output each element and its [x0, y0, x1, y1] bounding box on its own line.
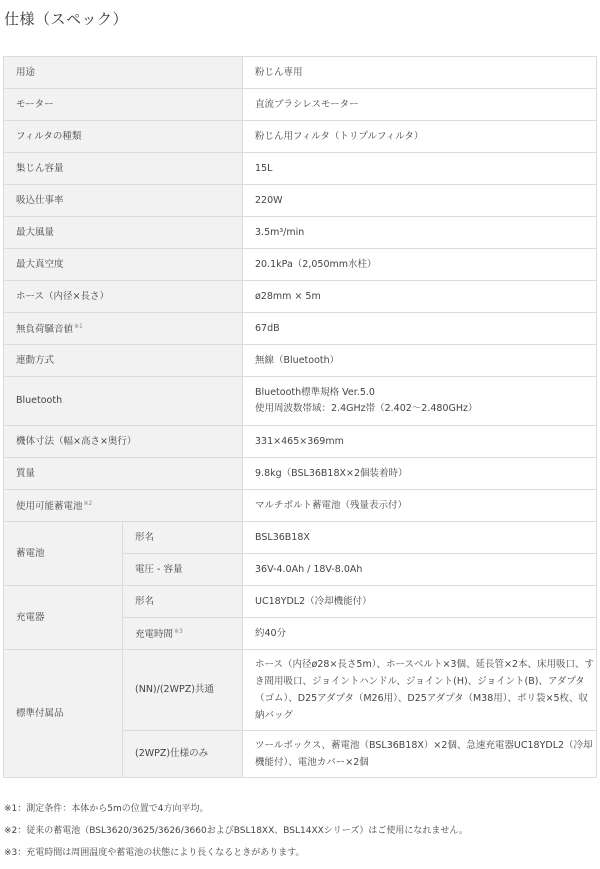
- row-label: モーター: [4, 89, 243, 121]
- label-text: 質量: [16, 468, 35, 479]
- row-label: Bluetooth: [4, 377, 243, 426]
- sub-label: (NN)/(2WPZ)共通: [123, 650, 243, 731]
- table-row: 集じん容量 15L: [4, 153, 597, 185]
- row-value: ホース（内径ø28×長さ5m）、ホースベルト×3個、延長管×2本、床用吸口、すき…: [243, 650, 597, 731]
- table-row: 使用可能蓄電池※2 マルチボルト蓄電池（残量表示付）: [4, 490, 597, 522]
- footnote-ref: ※2: [84, 500, 93, 507]
- value-line: Bluetooth標準規格 Ver.5.0: [255, 385, 596, 401]
- label-text: Bluetooth: [16, 395, 62, 406]
- table-row: 用途 粉じん専用: [4, 57, 597, 89]
- row-value: 直流ブラシレスモーター: [243, 89, 597, 121]
- label-text: 使用可能蓄電池: [16, 501, 83, 512]
- row-value: 331×465×369mm: [243, 426, 597, 458]
- page-title: 仕様（スペック）: [4, 8, 128, 29]
- table-row: 質量 9.8kg（BSL36B18X×2個装着時）: [4, 458, 597, 490]
- sub-label: 形名: [123, 522, 243, 554]
- table-row: 機体寸法（幅×高さ×奥行） 331×465×369mm: [4, 426, 597, 458]
- sub-label: 形名: [123, 586, 243, 618]
- table-row: 最大真空度 20.1kPa（2,050mm水柱）: [4, 249, 597, 281]
- footnote-3: ※3：充電時間は周囲温度や蓄電池の状態により長くなるときがあります。: [4, 842, 596, 864]
- sub-label: 充電時間※3: [123, 618, 243, 650]
- row-value: 3.5m³/min: [243, 217, 597, 249]
- group-label-charger: 充電器: [4, 586, 123, 650]
- table-row: モーター 直流ブラシレスモーター: [4, 89, 597, 121]
- footnote-1: ※1：測定条件：本体から5mの位置で4方向平均。: [4, 798, 596, 820]
- label-text: 最大真空度: [16, 259, 64, 270]
- label-text: モーター: [16, 99, 54, 110]
- row-value: 20.1kPa（2,050mm水柱）: [243, 249, 597, 281]
- row-value: 220W: [243, 185, 597, 217]
- label-text: 連動方式: [16, 355, 54, 366]
- label-text: 集じん容量: [16, 163, 64, 174]
- row-value: ø28mm × 5m: [243, 281, 597, 313]
- table-row: 蓄電池 形名 BSL36B18X: [4, 522, 597, 554]
- row-value: 67dB: [243, 313, 597, 345]
- label-text: ホース（内径×長さ）: [16, 291, 109, 302]
- table-row: ホース（内径×長さ） ø28mm × 5m: [4, 281, 597, 313]
- row-value: 粉じん専用: [243, 57, 597, 89]
- sub-label: 電圧 - 容量: [123, 554, 243, 586]
- row-value: BSL36B18X: [243, 522, 597, 554]
- row-value: ツールボックス、蓄電池（BSL36B18X）×2個、急速充電器UC18YDL2（…: [243, 731, 597, 778]
- row-label: 無負荷騒音値※1: [4, 313, 243, 345]
- row-value: 無線（Bluetooth）: [243, 345, 597, 377]
- value-line: 使用周波数帯域：2.4GHz帯（2.402～2.480GHz）: [255, 401, 596, 417]
- row-value: Bluetooth標準規格 Ver.5.0 使用周波数帯域：2.4GHz帯（2.…: [243, 377, 597, 426]
- label-text: 用途: [16, 67, 35, 78]
- footnote-ref: ※1: [74, 323, 83, 330]
- row-value: 粉じん用フィルタ（トリプルフィルタ）: [243, 121, 597, 153]
- table-row: 連動方式 無線（Bluetooth）: [4, 345, 597, 377]
- row-value: マルチボルト蓄電池（残量表示付）: [243, 490, 597, 522]
- table-row: 無負荷騒音値※1 67dB: [4, 313, 597, 345]
- footnote-ref: ※3: [174, 628, 183, 635]
- table-row: 吸込仕事率 220W: [4, 185, 597, 217]
- label-text: 無負荷騒音値: [16, 324, 73, 335]
- table-row: 充電器 形名 UC18YDL2（冷却機能付）: [4, 586, 597, 618]
- row-label: 吸込仕事率: [4, 185, 243, 217]
- row-label: 集じん容量: [4, 153, 243, 185]
- label-text: フィルタの種類: [16, 131, 81, 142]
- table-row: 最大風量 3.5m³/min: [4, 217, 597, 249]
- footnotes: ※1：測定条件：本体から5mの位置で4方向平均。 ※2：従来の蓄電池（BSL36…: [4, 798, 596, 864]
- spec-table: 用途 粉じん専用 モーター 直流ブラシレスモーター フィルタの種類 粉じん用フィ…: [3, 56, 597, 778]
- group-label-accessories: 標準付属品: [4, 650, 123, 778]
- row-value: UC18YDL2（冷却機能付）: [243, 586, 597, 618]
- label-text: 吸込仕事率: [16, 195, 64, 206]
- sub-label: (2WPZ)仕様のみ: [123, 731, 243, 778]
- row-label: 最大風量: [4, 217, 243, 249]
- footnote-2: ※2：従来の蓄電池（BSL3620/3625/3626/3660およびBSL18…: [4, 820, 596, 842]
- row-value: 36V-4.0Ah / 18V-8.0Ah: [243, 554, 597, 586]
- row-label: 機体寸法（幅×高さ×奥行）: [4, 426, 243, 458]
- row-value: 9.8kg（BSL36B18X×2個装着時）: [243, 458, 597, 490]
- row-label: 用途: [4, 57, 243, 89]
- table-row: 標準付属品 (NN)/(2WPZ)共通 ホース（内径ø28×長さ5m）、ホースベ…: [4, 650, 597, 731]
- row-label: ホース（内径×長さ）: [4, 281, 243, 313]
- row-value: 約40分: [243, 618, 597, 650]
- row-label: 質量: [4, 458, 243, 490]
- row-label: 最大真空度: [4, 249, 243, 281]
- label-text: 最大風量: [16, 227, 54, 238]
- row-label: 使用可能蓄電池※2: [4, 490, 243, 522]
- label-text: 機体寸法（幅×高さ×奥行）: [16, 436, 136, 447]
- row-label: フィルタの種類: [4, 121, 243, 153]
- label-text: 充電時間: [135, 629, 173, 640]
- group-label-battery: 蓄電池: [4, 522, 123, 586]
- row-label: 連動方式: [4, 345, 243, 377]
- row-value: 15L: [243, 153, 597, 185]
- table-row: Bluetooth Bluetooth標準規格 Ver.5.0 使用周波数帯域：…: [4, 377, 597, 426]
- table-row: フィルタの種類 粉じん用フィルタ（トリプルフィルタ）: [4, 121, 597, 153]
